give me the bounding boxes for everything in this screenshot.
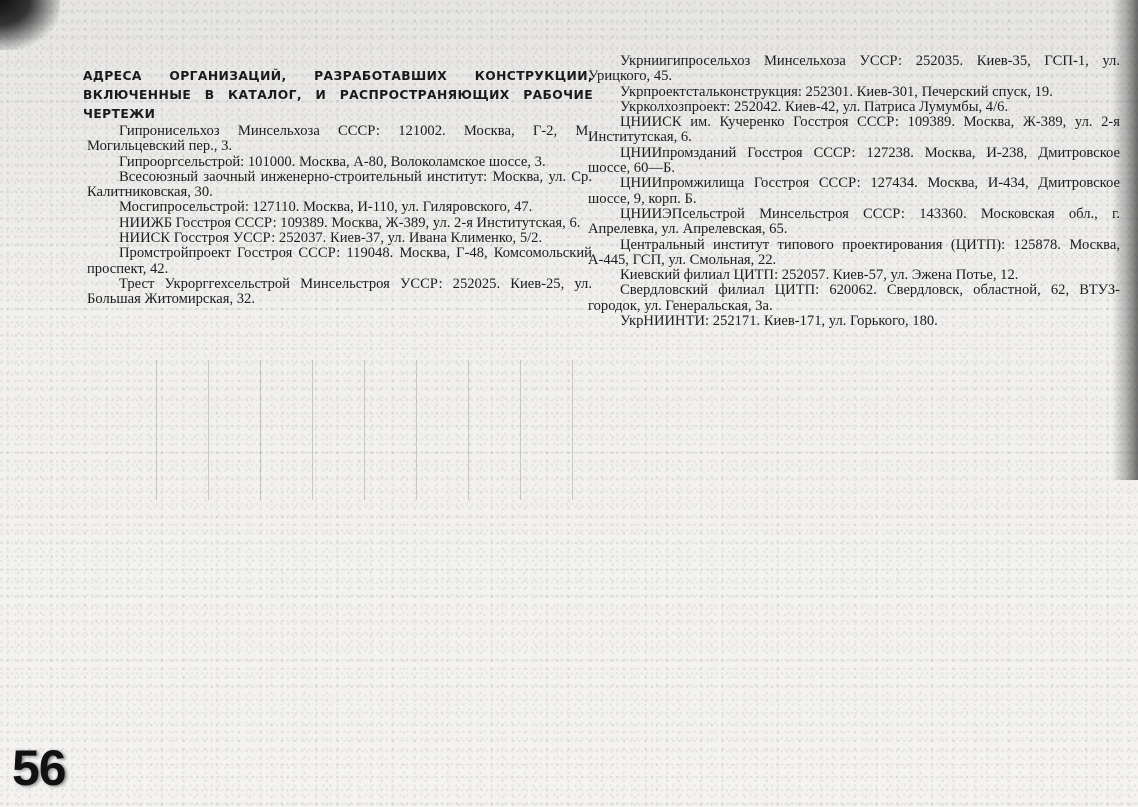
address-entry: НИИСК Госстроя УССР: 252037. Киев-37, ул…	[87, 231, 592, 246]
address-entry: Укрпроектстальконструкция: 252301. Киев-…	[588, 85, 1120, 100]
address-entry: Укрниигипросельхоз Минсельхоза УССР: 252…	[588, 54, 1120, 85]
address-entry: ЦНИИЭПсельстрой Минсельстроя СССР: 14336…	[588, 207, 1120, 238]
address-entry: УкрНИИНТИ: 252171. Киев-171, ул. Горьког…	[588, 314, 1120, 329]
address-entry: Мосгипросельстрой: 127110. Москва, И-110…	[87, 200, 592, 215]
page-number: 56	[12, 743, 66, 793]
address-entry: Киевский филиал ЦИТП: 252057. Киев-57, у…	[588, 268, 1120, 283]
address-entry: Гипрооргсельстрой: 101000. Москва, А-80,…	[87, 155, 592, 170]
address-entry: НИИЖБ Госстроя СССР: 109389. Москва, Ж-3…	[87, 216, 592, 231]
bleed-through-lines	[130, 360, 590, 500]
right-column: Укрниигипросельхоз Минсельхоза УССР: 252…	[588, 54, 1120, 329]
scan-corner-shadow	[0, 0, 60, 50]
address-entry: Промстройпроект Госстроя СССР: 119048. М…	[87, 246, 592, 277]
address-entry: Всесоюзный заочный инженерно-строительны…	[87, 170, 592, 201]
page-heading: Адреса организаций, разработавших констр…	[83, 67, 593, 124]
address-entry: ЦНИИпромзданий Госстроя СССР: 127238. Мо…	[588, 146, 1120, 177]
address-entry: Укрколхозпроект: 252042. Киев-42, ул. Па…	[588, 100, 1120, 115]
address-entry: ЦНИИпромжилища Госстроя СССР: 127434. Мо…	[588, 176, 1120, 207]
address-entry: Трест Укрорггехсельстрой Минсельстроя УС…	[87, 277, 592, 308]
address-entry: Центральный институт типового проектиров…	[588, 238, 1120, 269]
address-entry: Гипронисельхоз Минсельхоза СССР: 121002.…	[87, 124, 592, 155]
address-entry: Свердловский филиал ЦИТП: 620062. Свердл…	[588, 283, 1120, 314]
left-column: Гипронисельхоз Минсельхоза СССР: 121002.…	[87, 124, 592, 308]
address-entry: ЦНИИСК им. Кучеренко Госстроя СССР: 1093…	[588, 115, 1120, 146]
